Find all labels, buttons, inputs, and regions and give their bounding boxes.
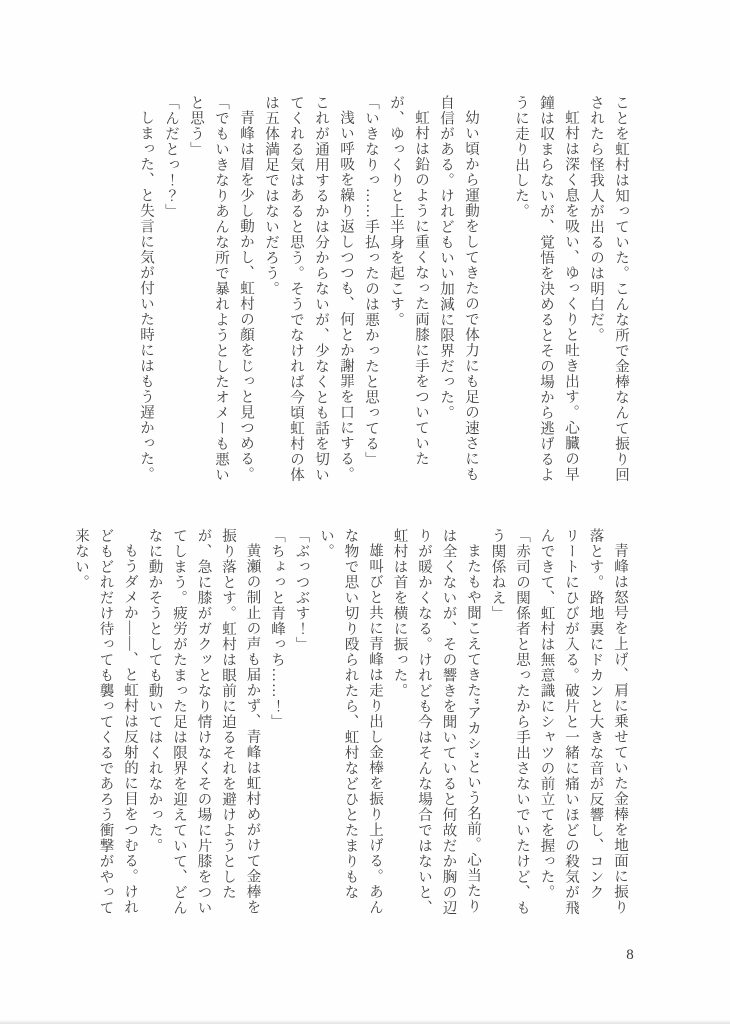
page-number: 8	[621, 947, 639, 964]
paragraph: 青峰は怒号を上げ、肩に乗せていた金棒を地面に振り落とす。路地裏にドカンと大きな音…	[534, 528, 632, 920]
page-bottom-edge-shadow	[0, 1020, 730, 1024]
paragraph: 「んだとっ！？」	[158, 95, 183, 488]
paragraph: 虹村は深く息を吸い、ゆっくりと吐き出す。心臓の早鐘は収まらないが、覚悟を決めると…	[508, 95, 583, 488]
paragraph: 「ちょっと青峰っち……！」	[265, 528, 290, 920]
paragraph: 雄叫びと共に青峰は走り出し金棒を振り上げる。あんな物で思い切り殴られたら、虹村な…	[314, 528, 388, 920]
paragraph: もうダメか――、と虹村は反射的に目をつむる。けれどもどれだけ待っても襲ってくるで…	[69, 528, 143, 920]
paragraph: 虹村は鉛のように重くなった両膝に手をついていたが、ゆっくりと上半身を起こす。	[383, 95, 433, 488]
paragraph: 「赤司の関係者と思ったから手出さないでいたけど、もう関係ねえ」	[485, 528, 534, 920]
novel-page: ことを虹村は知っていた。こんな所で金棒なんて振り回されたら怪我人が出るのは明白だ…	[0, 0, 730, 1024]
lower-text-block: 青峰は怒号を上げ、肩に乗せていた金棒を地面に振り落とす。路地裏にドカンと大きな音…	[69, 528, 633, 920]
paragraph: 「でもいきなりあんな所で暴れようとしたオメーも悪いと思う」	[183, 95, 233, 488]
paragraph: 浅い呼吸を繰り返しつつも、何とか謝罪を口にする。これが通用するかは分からないが、…	[258, 95, 358, 488]
paragraph: 青峰は眉を少し動かし、虹村の顔をじっと見つめる。	[233, 95, 258, 488]
paragraph: またもや聞こえてきた”アカシ”という名前。心当たりは全くないが、その響きを聞いて…	[387, 528, 485, 920]
paragraph: しまった、と失言に気が付いた時にはもう遅かった。	[133, 95, 158, 488]
paragraph: 黄瀬の制止の声も届かず、青峰は虹村めがけて金棒を振り落とす。虹村は眼前に迫るそれ…	[142, 528, 265, 920]
paragraph: 「ぶっつぶす！」	[289, 528, 314, 920]
upper-text-block: ことを虹村は知っていた。こんな所で金棒なんて振り回されたら怪我人が出るのは明白だ…	[133, 95, 633, 488]
paragraph: 幼い頃から運動をしてきたので体力にも足の速さにも自信がある。けれどもいい加減に限…	[433, 95, 483, 488]
paragraph: 「いきなりっ……手払ったのは悪かったと思ってる」	[358, 95, 383, 488]
paragraph: ことを虹村は知っていた。こんな所で金棒なんて振り回されたら怪我人が出るのは明白だ…	[583, 95, 633, 488]
